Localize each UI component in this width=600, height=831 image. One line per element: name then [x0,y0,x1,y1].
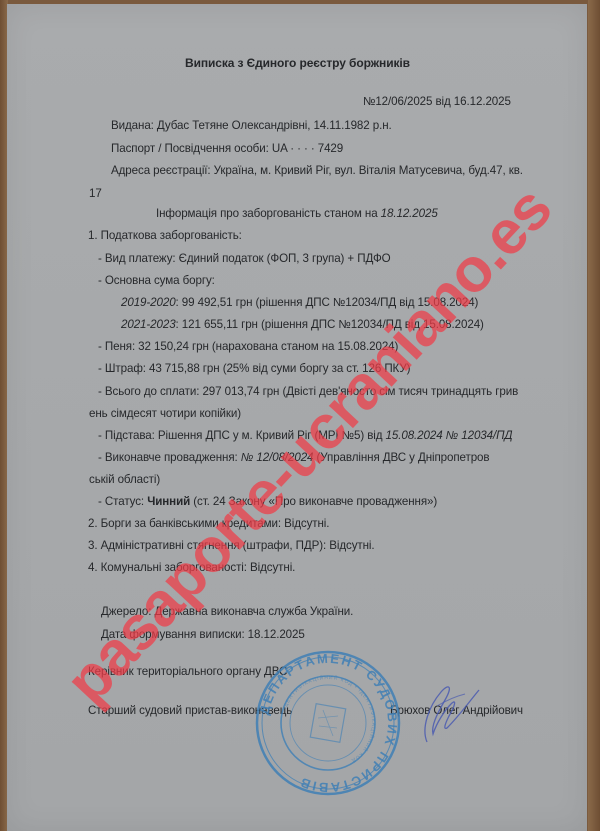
info-heading: Інформація про заборгованість станом на … [156,207,438,220]
total-due-line-2: ень сімдесят чотири копійки) [89,407,241,420]
principal-period: 2019-2020 [121,296,176,309]
principal-amount: : 99 492,51 грн (рішення ДПС №12034/ПД в… [176,296,479,309]
issued-to: Видана: Дубас Тетяне Олександрівні, 14.1… [111,119,392,132]
enforcement-number: № 12/08/2024 [241,451,314,464]
principal-period: 2021-2023 [121,318,176,331]
section-4: 4. Комунальні заборгованості: Відсутні. [88,561,295,574]
info-heading-text: Інформація про заборгованість станом на [156,207,381,220]
document-number: №12/06/2025 від 16.12.2025 [363,95,511,108]
document-title: Виписка з Єдиного реєстру боржників [185,56,410,70]
payment-type: - Вид платежу: Єдиний податок (ФОП, 3 гр… [98,252,391,265]
passport-line: Паспорт / Посвідчення особи: UA · · · · … [111,142,343,155]
principal-label: - Основна сума боргу: [98,274,215,287]
address-line-2: 17 [89,187,102,200]
status-line: - Статус: Чинний (ст. 24 Закону «Про вик… [98,495,437,508]
signature-scribble [407,676,487,746]
basis-ref: 15.08.2024 № 12034/ПД [386,429,513,442]
principal-row: 2019-2020: 99 492,51 грн (рішення ДПС №1… [121,296,478,309]
section-1-heading: 1. Податкова заборгованість: [88,229,242,242]
enforcement-line: - Виконавче провадження: № 12/08/2024 (У… [98,451,489,464]
status-law-ref: (ст. 24 Закону «Про виконавче провадженн… [190,495,437,508]
principal-amount: : 121 655,11 грн (рішення ДПС №12034/ПД … [176,318,484,331]
fine: - Штраф: 43 715,88 грн (25% від суми бор… [98,362,410,375]
status-label: - Статус: [98,495,147,508]
section-2: 2. Борги за банківськими кредитами: Відс… [88,517,329,530]
status-value: Чинний [147,495,190,508]
address-line-1: Адреса реєстрації: Україна, м. Кривий Рі… [111,164,523,177]
section-3: 3. Адміністративні стягнення (штрафи, ПД… [88,539,375,552]
enforcement-label: - Виконавче провадження: [98,451,241,464]
svg-text:ІДЕНТИФІКАЦІЙНИЙ КОД • ІДЕНТИФ: ІДЕНТИФІКАЦІЙНИЙ КОД • ІДЕНТИФІКАЦІЙНИЙ … [282,673,376,764]
principal-row: 2021-2023: 121 655,11 грн (рішення ДПС №… [121,318,484,331]
enforcement-line-2: ській області) [89,473,160,486]
penalty-interest: - Пеня: 32 150,24 грн (нарахована станом… [98,340,398,353]
enforcement-office: (Управління ДВС у Дніпропетров [313,451,489,464]
basis-line: - Підстава: Рішення ДПС у м. Кривий Ріг … [98,429,512,442]
generated-date: Дата формування виписки: 18.12.2025 [101,628,305,641]
table-surface-right [588,0,600,831]
document-sheet: Виписка з Єдиного реєстру боржників №12/… [7,4,587,831]
basis-text: - Підстава: Рішення ДПС у м. Кривий Ріг … [98,429,386,442]
total-due-line-1: - Всього до сплати: 297 013,74 грн (Двіс… [98,385,518,398]
info-heading-date: 18.12.2025 [381,207,438,220]
official-stamp: ДЕПАРТАМЕНТ СУДОВИХ ПРИСТАВІВ ІДЕНТИФІКА… [253,648,403,798]
source-line: Джерело: Державна виконавча служба Украї… [101,605,353,618]
